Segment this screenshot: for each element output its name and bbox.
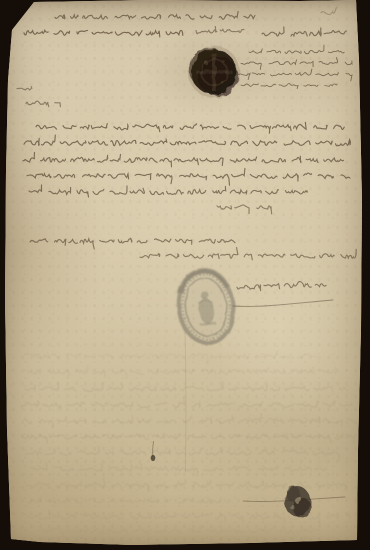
handwriting-header-2b [196,26,244,33]
handwriting-salutation [26,101,60,107]
handwriting-annot-1 [249,45,344,54]
ink-and-seal-layer [0,0,370,550]
handwriting-bleed-4 [23,414,353,428]
handwriting-bleed-6 [26,446,340,460]
ink-smudge-stamp [284,486,311,518]
annotation-handwriting-group [238,45,352,89]
handwriting-corner-mark [321,8,336,15]
handwriting-bleed-9 [28,496,228,504]
handwriting-para-4 [27,169,350,186]
handwriting-bleed-0 [26,351,317,365]
handwriting-margin-note [17,87,32,90]
handwriting-bleed-1 [28,366,336,379]
handwriting-date-line [30,238,235,249]
handwriting-para-6 [217,205,272,214]
handwriting-para-3 [23,153,344,167]
handwriting-header-2c [262,27,346,36]
photograph-dark-background: Scanned page of a 19th-century Greek han… [0,0,370,550]
handwriting-para-1 [36,123,344,134]
handwriting-annot-3 [238,69,352,81]
oval-stamp-seal [171,265,240,350]
handwriting-bleed-7 [31,462,326,475]
fold-crease-line [185,332,186,472]
handwriting-para-2 [24,135,350,146]
handwriting-header-1 [55,11,255,19]
handwriting-signature-flourish [233,300,333,306]
handwriting-office-line [140,248,356,260]
main-handwriting-group [17,8,356,291]
handwriting-bleed-11 [42,526,318,539]
round-ink-seal [188,46,240,98]
handwriting-bleed-5 [21,434,355,445]
handwriting-para-5 [29,185,307,197]
handwriting-bleed-3 [21,398,352,410]
handwriting-signature [237,281,326,290]
handwriting-header-2a [24,30,183,37]
handwriting-annot-2 [241,58,352,70]
handwriting-annot-4 [241,83,337,88]
handwriting-bleed-2 [25,382,348,392]
